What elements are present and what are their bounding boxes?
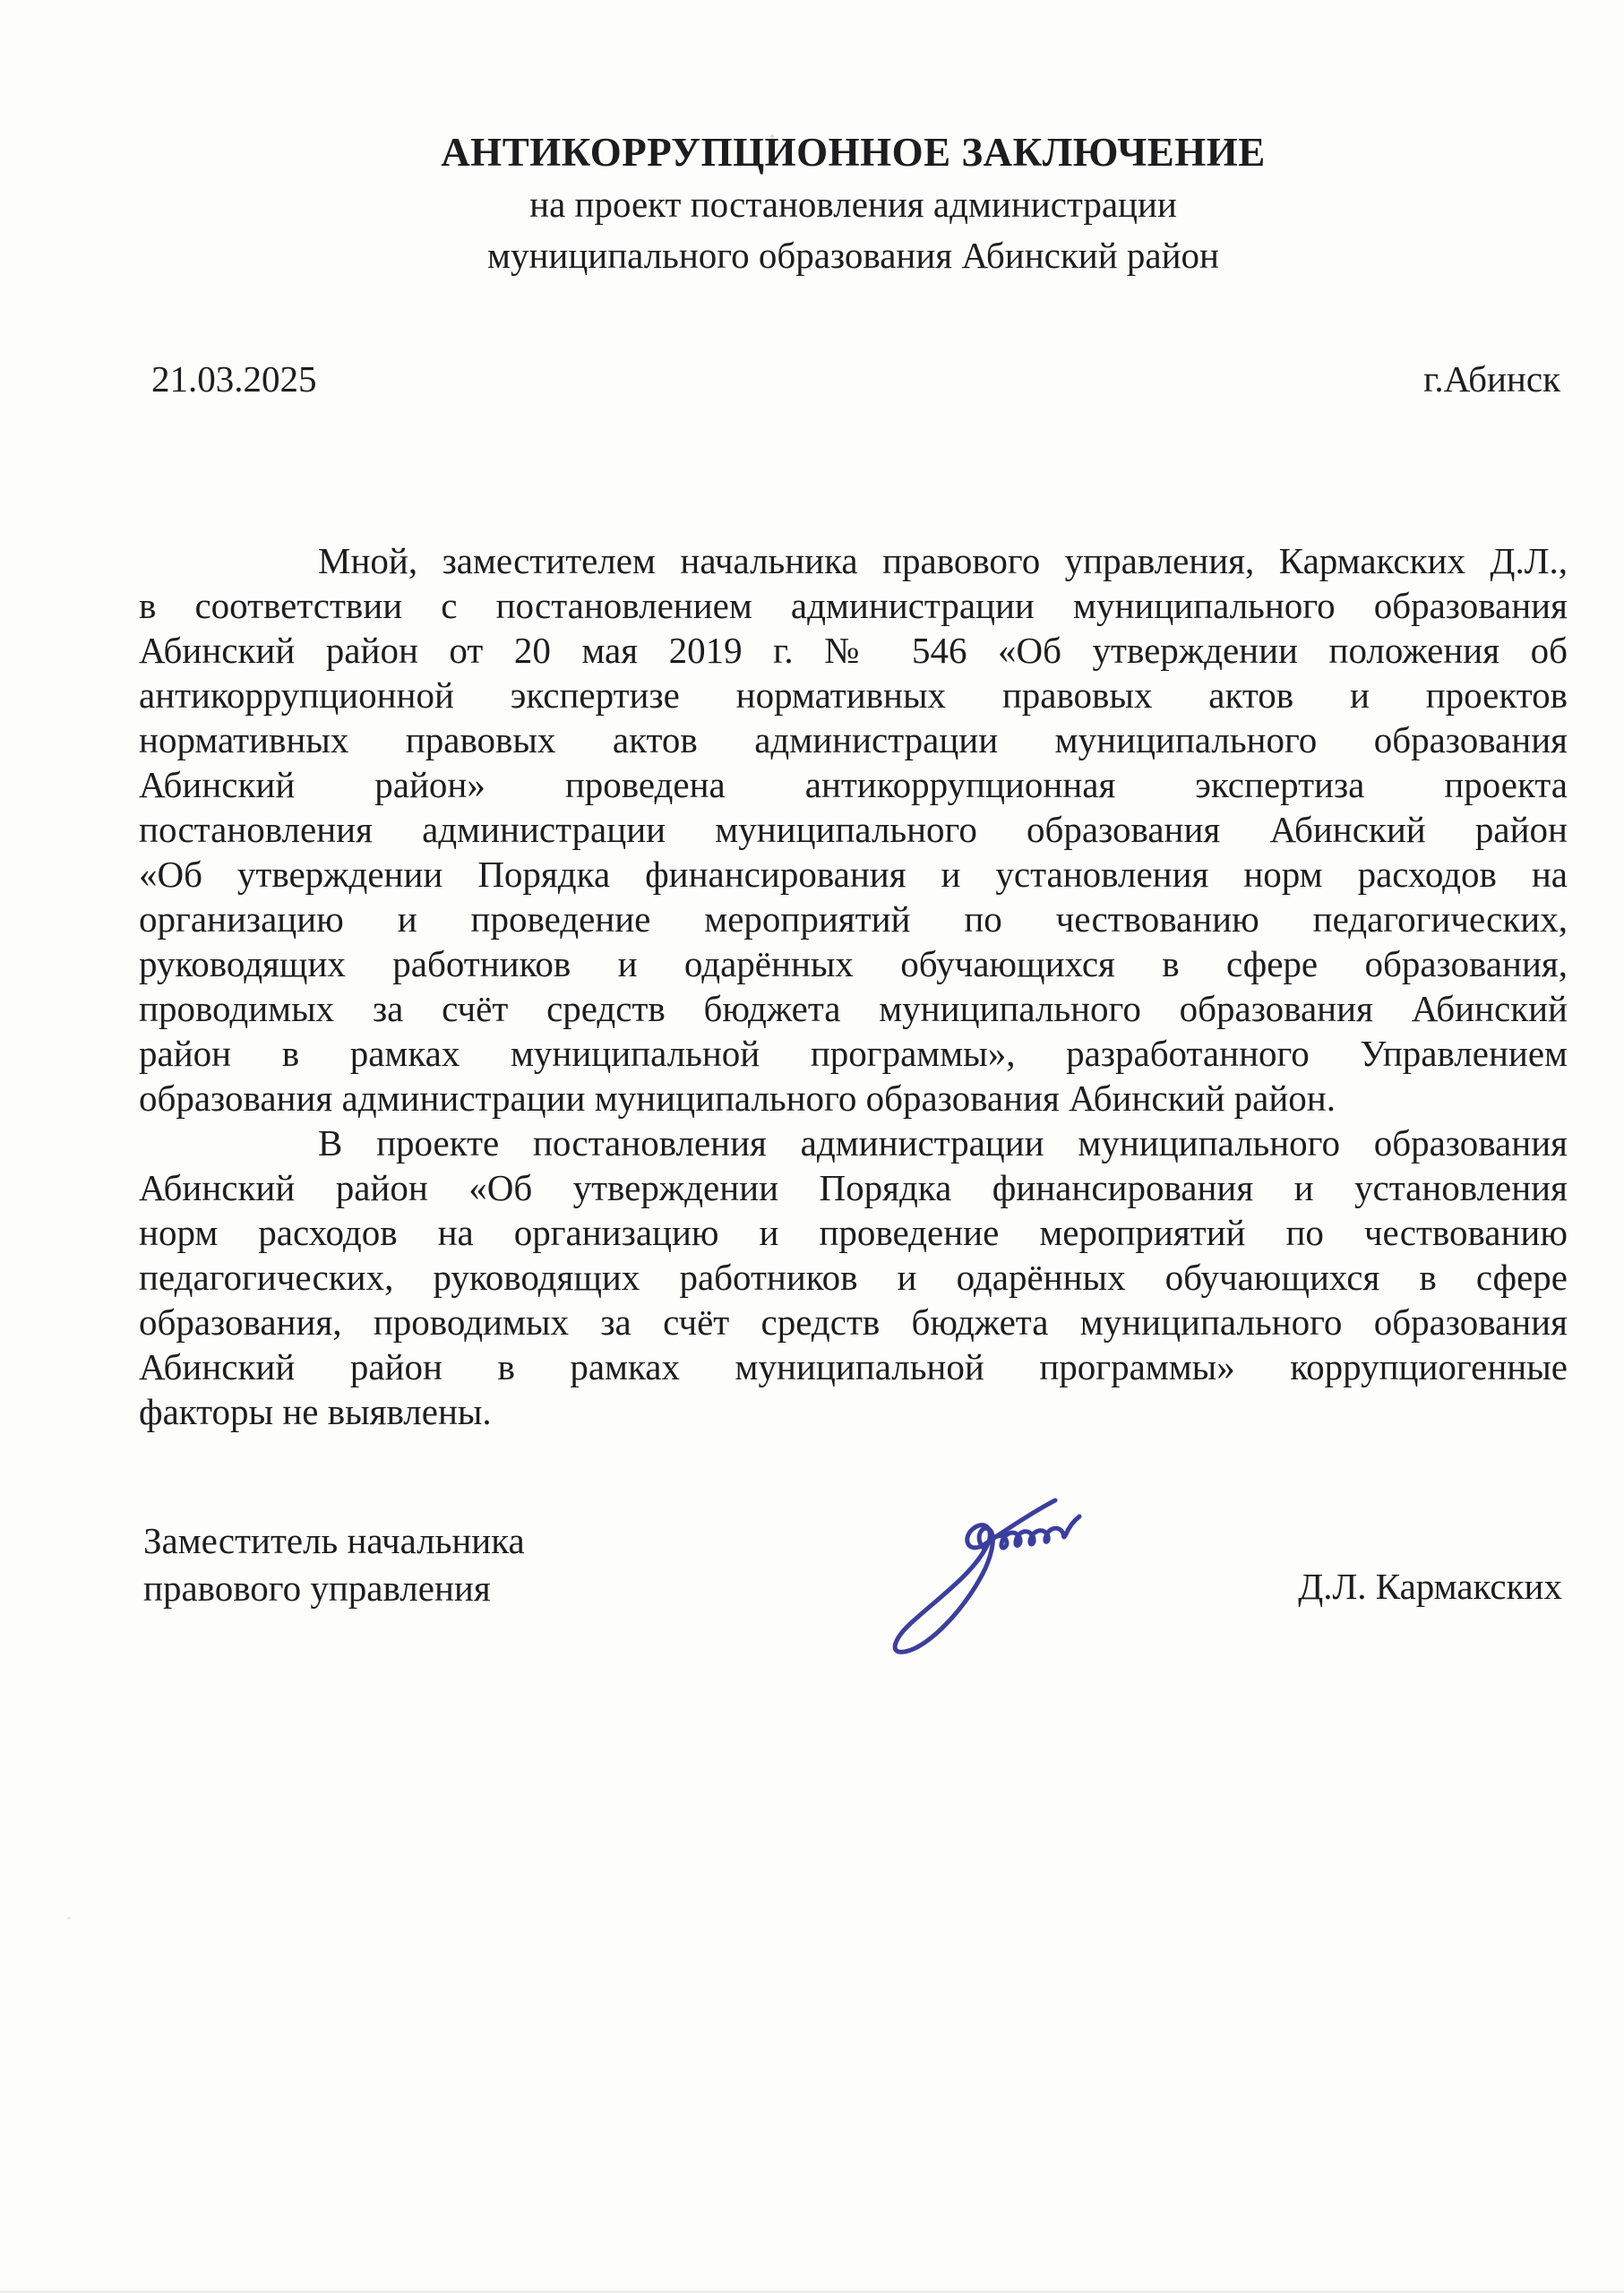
- body-paragraph: В проекте постановления администрации му…: [139, 1121, 1568, 1434]
- text-line: нормативных правовых актов администрации…: [139, 717, 1568, 762]
- signature-squiggle-stroke: [984, 1516, 1079, 1549]
- text-line: район в рамках муниципальной программы»,…: [139, 1031, 1568, 1076]
- text-line: Абинский район в рамках муниципальной пр…: [139, 1344, 1568, 1389]
- text-line: антикоррупционной экспертизе нормативных…: [139, 673, 1568, 717]
- text-line: проводимых за счёт средств бюджета муниц…: [139, 986, 1568, 1031]
- scan-speck: [67, 1917, 71, 1919]
- document-place: г.Абинск: [1423, 357, 1560, 400]
- document-content-column: АНТИКОРРУПЦИОННОЕ ЗАКЛЮЧЕНИЕ на проект п…: [139, 0, 1568, 2293]
- signer-name: Д.Л. Кармакских: [1298, 1563, 1562, 1610]
- scanned-document-page: АНТИКОРРУПЦИОННОЕ ЗАКЛЮЧЕНИЕ на проект п…: [0, 0, 1624, 2293]
- text-line: в соответствии с постановлением админист…: [139, 583, 1568, 628]
- text-line: В проекте постановления администрации му…: [139, 1121, 1568, 1165]
- text-line: руководящих работников и одарённых обуча…: [139, 941, 1568, 986]
- document-subtitle-line: на проект постановления администрации: [139, 179, 1568, 230]
- text-line: образования, проводимых за счёт средств …: [139, 1300, 1568, 1344]
- signature-main-stroke: [895, 1500, 1055, 1652]
- body-paragraph: Мной, заместителем начальника правового …: [139, 538, 1568, 1121]
- text-line: норм расходов на организацию и проведени…: [139, 1210, 1568, 1255]
- text-line: факторы не выявлены.: [139, 1389, 1568, 1434]
- document-date: 21.03.2025: [151, 357, 317, 400]
- text-line: педагогических, руководящих работников и…: [139, 1255, 1568, 1300]
- text-line: Абинский район» проведена антикоррупцион…: [139, 762, 1568, 807]
- document-header: АНТИКОРРУПЦИОННОЕ ЗАКЛЮЧЕНИЕ на проект п…: [139, 125, 1568, 281]
- text-line: организацию и проведение мероприятий по …: [139, 897, 1568, 941]
- text-line: Мной, заместителем начальника правового …: [139, 538, 1568, 583]
- document-title: АНТИКОРРУПЦИОННОЕ ЗАКЛЮЧЕНИЕ: [139, 125, 1568, 179]
- text-line: Абинский район от 20 мая 2019 г. № 546 «…: [139, 628, 1568, 673]
- document-body: Мной, заместителем начальника правового …: [139, 538, 1568, 1434]
- document-subtitle-line: муниципального образования Абинский райо…: [139, 230, 1568, 281]
- date-place-row: 21.03.2025 г.Абинск: [151, 357, 1560, 400]
- handwritten-signature: [831, 1463, 1136, 1705]
- text-line: образования администрации муниципального…: [139, 1076, 1568, 1121]
- text-line: Абинский район «Об утверждении Порядка ф…: [139, 1165, 1568, 1210]
- text-line: постановления администрации муниципально…: [139, 807, 1568, 852]
- text-line: «Об утверждении Порядка финансирования и…: [139, 852, 1568, 897]
